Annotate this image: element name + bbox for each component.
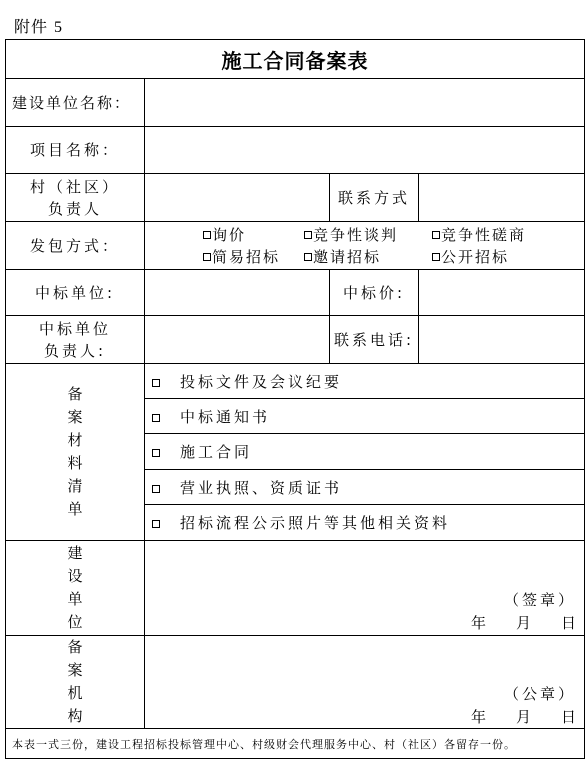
filing-org-stamp-label: （公章） <box>504 683 576 704</box>
title-row: 施工合同备案表 <box>6 40 585 79</box>
attachment-text: 附件 <box>14 17 48 36</box>
builder-name-row: 建设单位名称： <box>6 79 585 127</box>
attachment-number: 5 <box>54 19 63 36</box>
contract-filing-form: 施工合同备案表 建设单位名称： 项目名称： 村（社区） 负责人 联系方式 发包方… <box>5 39 585 759</box>
filing-org-sign-date: 年 月 日 <box>441 706 576 727</box>
option-competitive-consultation[interactable]: 竞争性磋商 <box>432 224 526 246</box>
material-item[interactable]: 营业执照、资质证书 <box>145 470 585 505</box>
date-month: 月 <box>516 612 531 633</box>
winning-head-label: 中标单位 负责人: <box>6 316 145 364</box>
footer-row: 本表一式三份，建设工程招标投标管理中心、村级财会代理服务中心、村（社区）各留存一… <box>6 729 585 759</box>
checkbox-icon[interactable] <box>432 253 440 261</box>
builder-sign-label: 建 设 单 位 <box>6 541 145 636</box>
checkbox-icon[interactable] <box>304 231 312 239</box>
winning-price-label: 中标价: <box>330 270 419 316</box>
village-head-field[interactable] <box>145 174 330 222</box>
attachment-label: 附件5 <box>14 14 63 37</box>
checkbox-icon[interactable] <box>203 231 211 239</box>
project-name-field[interactable] <box>145 127 585 174</box>
winning-unit-row: 中标单位: 中标价: <box>6 270 585 316</box>
village-head-label-line1: 村（社区） <box>6 176 144 198</box>
checkbox-icon[interactable] <box>203 253 211 261</box>
checkbox-icon[interactable] <box>432 231 440 239</box>
material-item[interactable]: 施工合同 <box>145 434 585 470</box>
date-day: 日 <box>561 612 576 633</box>
date-day: 日 <box>561 706 576 727</box>
option-open-tender[interactable]: 公开招标 <box>432 246 509 268</box>
option-competitive-negotiation[interactable]: 竞争性谈判 <box>304 224 432 246</box>
option-simple-tender[interactable]: 简易招标 <box>203 246 304 268</box>
builder-sign-row: 建 设 单 位 （签章） 年 月 日 <box>6 541 585 636</box>
date-month: 月 <box>516 706 531 727</box>
form-title: 施工合同备案表 <box>6 40 585 79</box>
winning-head-field[interactable] <box>145 316 330 364</box>
winning-unit-field[interactable] <box>145 270 330 316</box>
winning-head-row: 中标单位 负责人: 联系电话: <box>6 316 585 364</box>
project-name-label: 项目名称： <box>6 127 145 174</box>
contact-phone-label: 联系电话: <box>330 316 419 364</box>
checkbox-icon[interactable] <box>152 449 160 457</box>
winning-unit-label: 中标单位: <box>6 270 145 316</box>
builder-sign-date: 年 月 日 <box>441 612 576 633</box>
checkbox-icon[interactable] <box>152 414 160 422</box>
option-invited-tender[interactable]: 邀请招标 <box>304 246 432 268</box>
material-item[interactable]: 投标文件及会议纪要 <box>145 364 585 399</box>
contract-method-row: 发包方式： 询价 竞争性谈判 竞争性磋商 简易招标 邀请招标 公开招标 <box>6 222 585 270</box>
materials-label: 备 案 材 料 清 单 <box>6 364 145 541</box>
village-head-row: 村（社区） 负责人 联系方式 <box>6 174 585 222</box>
checkbox-icon[interactable] <box>304 253 312 261</box>
builder-stamp-label: （签章） <box>504 589 576 610</box>
filing-org-sign-row: 备 案 机 构 （公章） 年 月 日 <box>6 636 585 729</box>
filing-org-label: 备 案 机 构 <box>6 636 145 729</box>
builder-name-field[interactable] <box>145 79 585 127</box>
contract-method-label: 发包方式： <box>6 222 145 270</box>
contact-phone-field[interactable] <box>419 316 585 364</box>
contact-method-field[interactable] <box>419 174 585 222</box>
checkbox-icon[interactable] <box>152 520 160 528</box>
contact-method-label: 联系方式 <box>330 174 419 222</box>
contract-method-options: 询价 竞争性谈判 竞争性磋商 简易招标 邀请招标 公开招标 <box>145 222 585 270</box>
checkbox-icon[interactable] <box>152 379 160 387</box>
project-name-row: 项目名称： <box>6 127 585 174</box>
option-inquiry[interactable]: 询价 <box>203 224 304 246</box>
village-head-label: 村（社区） 负责人 <box>6 174 145 222</box>
builder-name-label: 建设单位名称： <box>6 79 145 127</box>
village-head-label-line2: 负责人 <box>6 198 144 220</box>
materials-row-1: 备 案 材 料 清 单 投标文件及会议纪要 <box>6 364 585 399</box>
date-year: 年 <box>471 612 486 633</box>
filing-org-sign-area[interactable]: （公章） 年 月 日 <box>145 636 585 729</box>
checkbox-icon[interactable] <box>152 485 160 493</box>
footer-note: 本表一式三份，建设工程招标投标管理中心、村级财会代理服务中心、村（社区）各留存一… <box>6 729 585 759</box>
material-item[interactable]: 招标流程公示照片等其他相关资料 <box>145 505 585 541</box>
winning-head-label-line2: 负责人: <box>6 340 144 362</box>
winning-head-label-line1: 中标单位 <box>6 318 144 340</box>
material-item[interactable]: 中标通知书 <box>145 399 585 434</box>
winning-price-field[interactable] <box>419 270 585 316</box>
date-year: 年 <box>471 706 486 727</box>
builder-sign-area[interactable]: （签章） 年 月 日 <box>145 541 585 636</box>
